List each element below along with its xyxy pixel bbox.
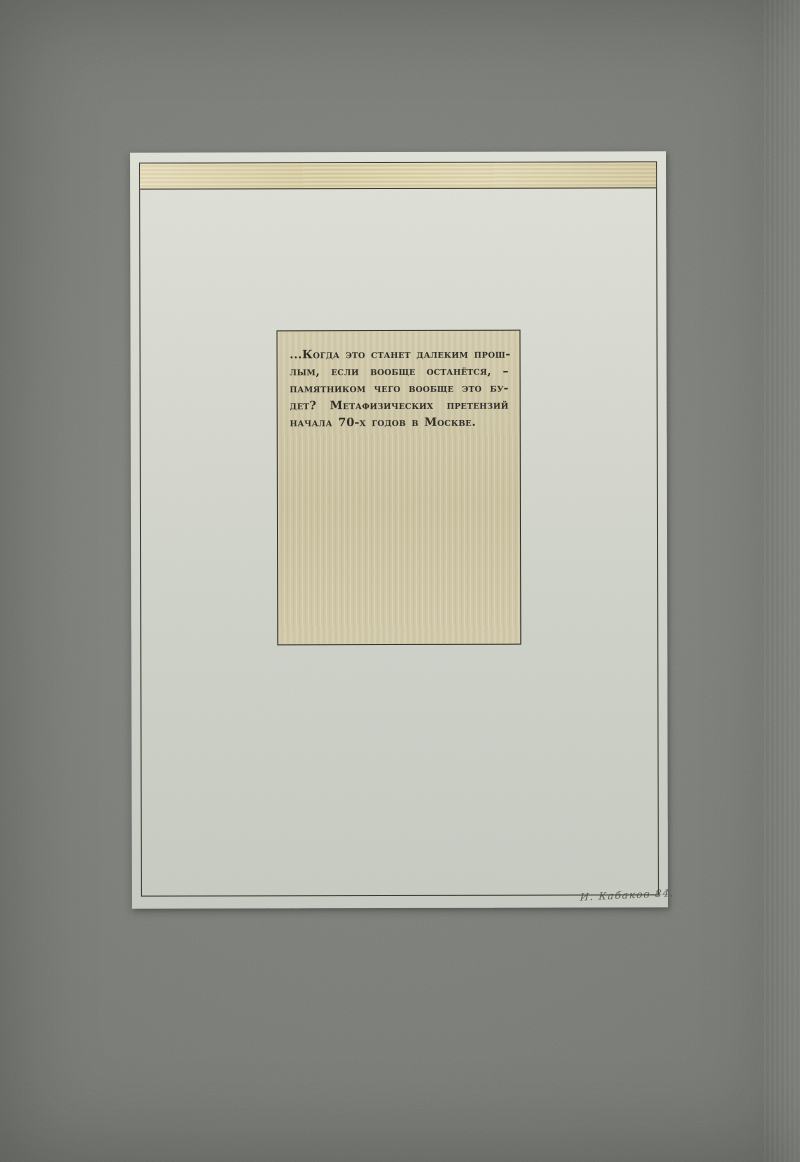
caption-line-5: начала 70-х годов в Москве. — [290, 414, 509, 432]
caption-line-3: памятником чего вообще это бу- — [290, 380, 509, 398]
caption-line-1: ...Когда это станет далеким прош- — [290, 346, 509, 364]
caption-line-2: лым, если вообще останётся, – — [290, 363, 509, 381]
beige-text-panel: ...Когда это станет далеким прош- лым, е… — [276, 330, 521, 646]
paper-sheet: ...Когда это станет далеким прош- лым, е… — [130, 151, 668, 908]
artwork-photograph: ...Когда это станет далеким прош- лым, е… — [0, 0, 800, 1162]
scan-edge-highlight — [764, 0, 800, 1162]
ochre-top-band — [140, 162, 656, 189]
caption-line-4: дет? Метафизических претензий — [290, 397, 509, 415]
caption-text: ...Когда это станет далеким прош- лым, е… — [290, 346, 509, 432]
